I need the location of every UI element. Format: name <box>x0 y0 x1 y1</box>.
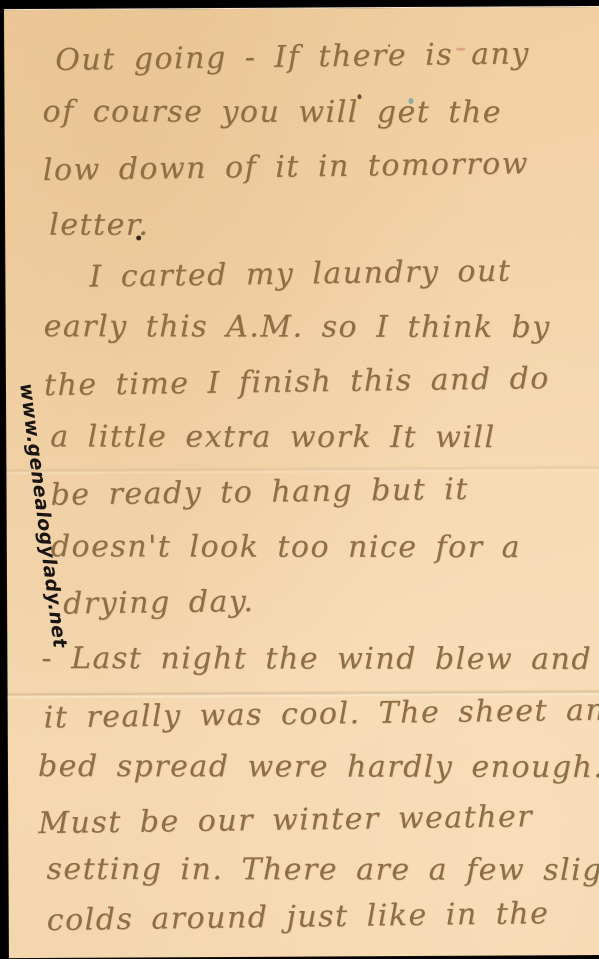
letter-line: doesn't look too nice for a <box>51 527 521 568</box>
letter-line: of course you will get the <box>43 92 503 133</box>
letter-line: be ready to hang but it <box>50 470 469 516</box>
letter-line: the time I finish this and do <box>44 359 550 406</box>
letter-line: it really was cool. The sheet and <box>43 690 599 738</box>
letter-line: colds around just like in the <box>47 894 550 941</box>
letter-line: - Last night the wind blew and <box>41 639 592 680</box>
letter-line: a little extra work It will <box>50 417 495 458</box>
letter-line: drying day. <box>63 582 255 625</box>
letter-line: early this A.M. so I think by <box>44 307 551 348</box>
letter-line: low down of it in tomorrow <box>43 144 530 191</box>
letter-page: Out going - If there is any of course yo… <box>4 6 599 958</box>
letter-line: Out going - If there is any <box>55 34 530 81</box>
letter-line: letter. <box>49 206 149 246</box>
letter-line: Must be our winter weather <box>38 797 533 844</box>
scanner-background: Out going - If there is any of course yo… <box>0 0 599 959</box>
letter-line: I carted my laundry out <box>89 252 512 298</box>
letter-line: bed spread were hardly enough. <box>38 747 599 788</box>
letter-line: setting in. There are a few slight <box>46 850 599 891</box>
